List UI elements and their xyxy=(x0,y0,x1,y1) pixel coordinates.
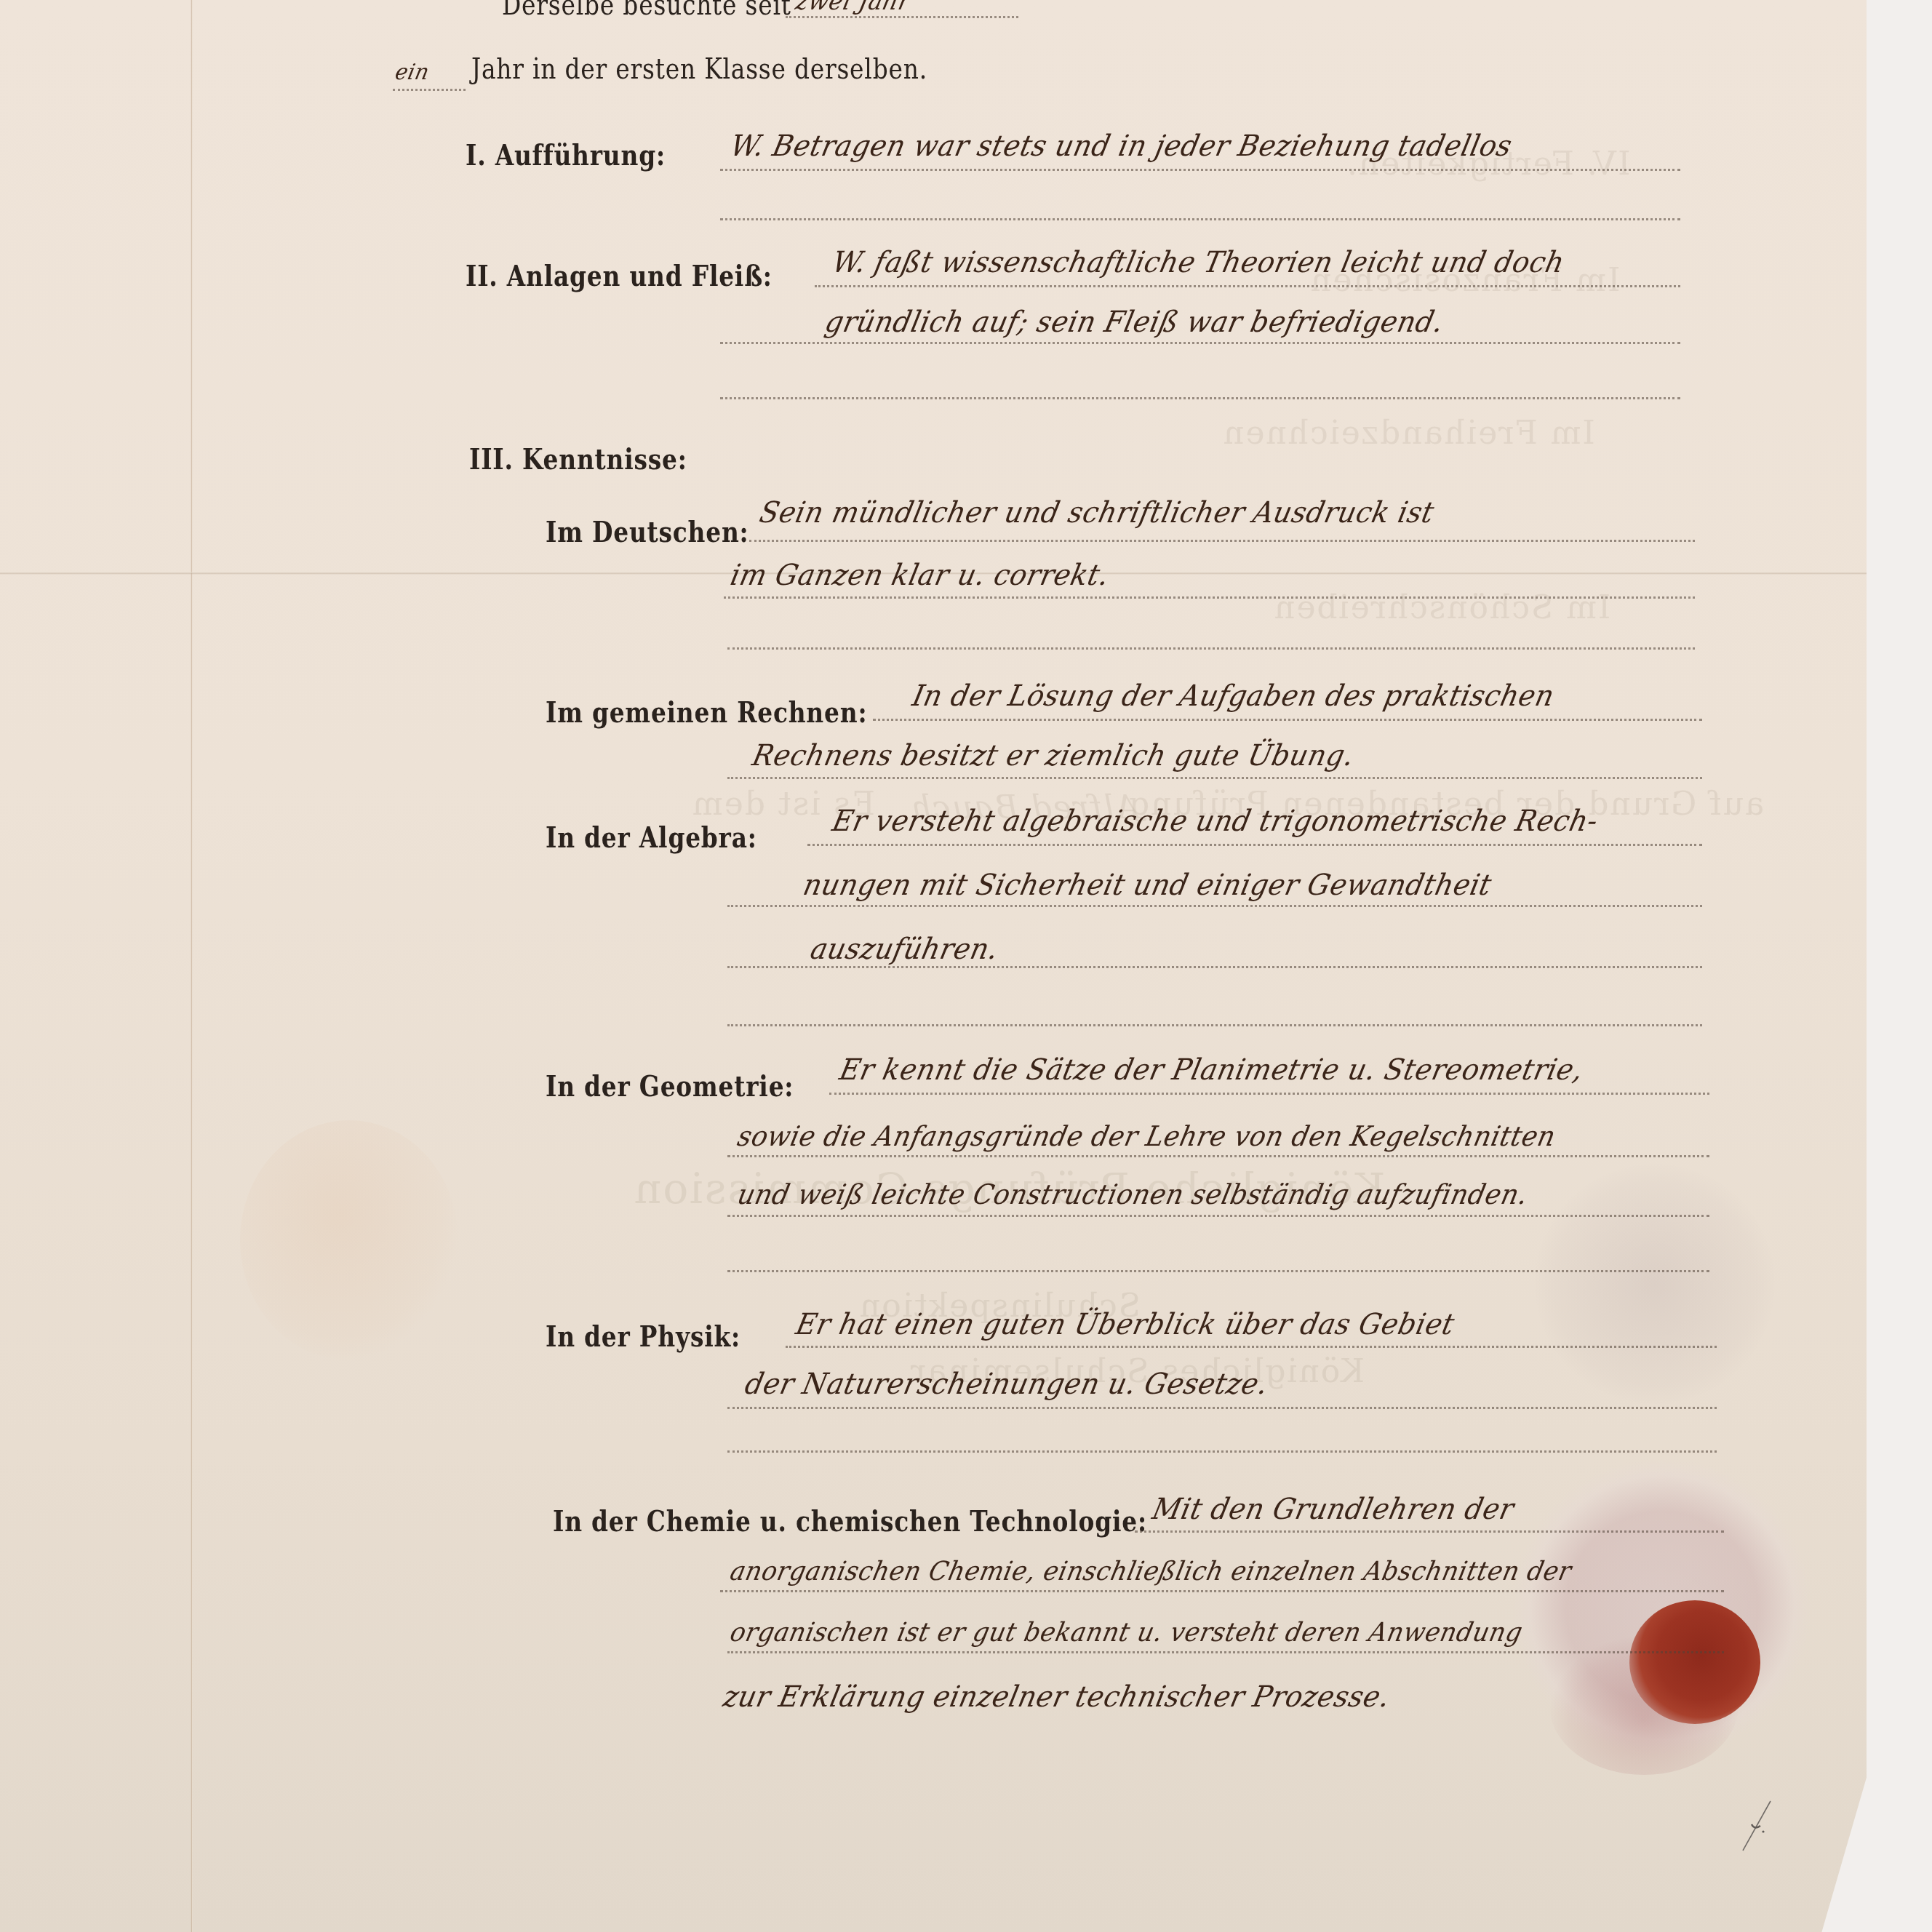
certificate-page: IV. Fertigkeiten. Im Französischen Im Fr… xyxy=(0,0,1867,1932)
chemistry-text-line4: zur Erklärung einzelner technischer Proz… xyxy=(720,1680,1393,1714)
geometry-text-line2: sowie die Anfangsgründe der Lehre von de… xyxy=(735,1120,1559,1152)
subject-label-algebra: In der Algebra: xyxy=(546,821,757,855)
physics-text-line2: der Naturerscheinungen u. Gesetze. xyxy=(742,1368,1271,1401)
dotted-rule xyxy=(829,1093,1709,1095)
dotted-rule xyxy=(749,540,1695,542)
subject-label-arithmetic: Im gemeinen Rechnen: xyxy=(546,695,867,730)
dotted-rule xyxy=(727,1407,1717,1409)
physics-text-line1: Er hat einen guten Überblick über das Ge… xyxy=(793,1308,1458,1341)
dotted-rule xyxy=(786,1346,1717,1348)
geometry-text-line1: Er kennt die Sätze der Planimetrie u. St… xyxy=(837,1053,1586,1087)
conduct-text: W. Betragen war stets und in jeder Bezie… xyxy=(727,129,1515,163)
dotted-rule xyxy=(720,342,1680,344)
seal-impression xyxy=(1513,1455,1811,1760)
dotted-rule xyxy=(1135,1530,1724,1533)
dotted-rule xyxy=(727,1651,1724,1653)
geometry-text-line3: und weiß leichte Constructionen selbstän… xyxy=(735,1178,1531,1210)
seal-show-through-stain xyxy=(1535,1164,1775,1404)
aptitude-text-line1: W. faßt wissenschaftliche Theorien leich… xyxy=(829,246,1568,279)
intro-handwritten-line1: zwei Jahr xyxy=(793,0,914,16)
dotted-rule xyxy=(727,647,1695,650)
dotted-rule xyxy=(807,844,1702,846)
arithmetic-text-line1: In der Lösung der Aufgaben des praktisch… xyxy=(909,679,1557,713)
dotted-rule xyxy=(815,285,1680,287)
dotted-rule xyxy=(727,1270,1709,1272)
show-through-text: Im Freihandzeichnen xyxy=(1222,415,1595,452)
red-wax-seal xyxy=(1629,1600,1760,1724)
vertical-fold-crease xyxy=(191,0,193,1932)
algebra-text-line3: auszuführen. xyxy=(807,933,1002,966)
german-text-line1: Sein mündlicher und schriftlicher Ausdru… xyxy=(757,496,1437,530)
dotted-rule xyxy=(727,777,1702,779)
chemistry-text-line3: organischen ist er gut bekannt u. verste… xyxy=(727,1618,1525,1648)
dotted-rule xyxy=(720,397,1680,399)
dotted-rule xyxy=(727,905,1702,907)
dotted-rule xyxy=(727,1024,1702,1026)
intro-printed-line2: Jahr in der ersten Klasse derselben. xyxy=(471,52,927,86)
dotted-rule xyxy=(873,719,1702,721)
dotted-rule xyxy=(727,1450,1717,1453)
chemistry-text-line1: Mit den Grundlehren der xyxy=(1149,1493,1517,1526)
foxing-stain xyxy=(240,1120,458,1360)
seal-speckle xyxy=(1549,1637,1739,1775)
dotted-rule xyxy=(720,169,1680,171)
pencil-page-mark-icon xyxy=(1739,1797,1775,1855)
intro-printed-line1: Derselbe besuchte seit xyxy=(502,0,791,22)
algebra-text-line1: Er versteht algebraische und trigonometr… xyxy=(829,805,1601,838)
dotted-rule xyxy=(720,218,1680,220)
dotted-rule xyxy=(393,89,466,91)
intro-handwritten-line2: ein xyxy=(393,60,431,85)
subject-label-physics: In der Physik: xyxy=(546,1320,741,1354)
aptitude-text-line2: gründlich auf; sein Fleiß war befriedige… xyxy=(822,306,1447,339)
chemistry-text-line2: anorganischen Chemie, einschließlich ein… xyxy=(727,1557,1574,1586)
subject-label-german: Im Deutschen: xyxy=(546,515,749,549)
dotted-rule xyxy=(727,966,1702,968)
dotted-rule xyxy=(786,16,1018,18)
dotted-rule xyxy=(720,1590,1724,1592)
dotted-rule xyxy=(727,1215,1709,1217)
arithmetic-text-line2: Rechnens besitzt er ziemlich gute Übung. xyxy=(749,739,1357,773)
section-label-aptitude: II. Anlagen und Fleiß: xyxy=(466,259,773,293)
dotted-rule xyxy=(727,1155,1709,1157)
subject-label-geometry: In der Geometrie: xyxy=(546,1069,794,1103)
section-label-knowledge: III. Kenntnisse: xyxy=(469,442,687,476)
dotted-rule xyxy=(724,596,1695,599)
section-label-conduct: I. Aufführung: xyxy=(466,138,666,172)
german-text-line2: im Ganzen klar u. correkt. xyxy=(727,559,1112,592)
show-through-text: Im Schönschreiben xyxy=(1273,589,1610,626)
algebra-text-line2: nungen mit Sicherheit und einiger Gewand… xyxy=(800,869,1495,902)
subject-label-chemistry: In der Chemie u. chemischen Technologie: xyxy=(553,1504,1147,1538)
